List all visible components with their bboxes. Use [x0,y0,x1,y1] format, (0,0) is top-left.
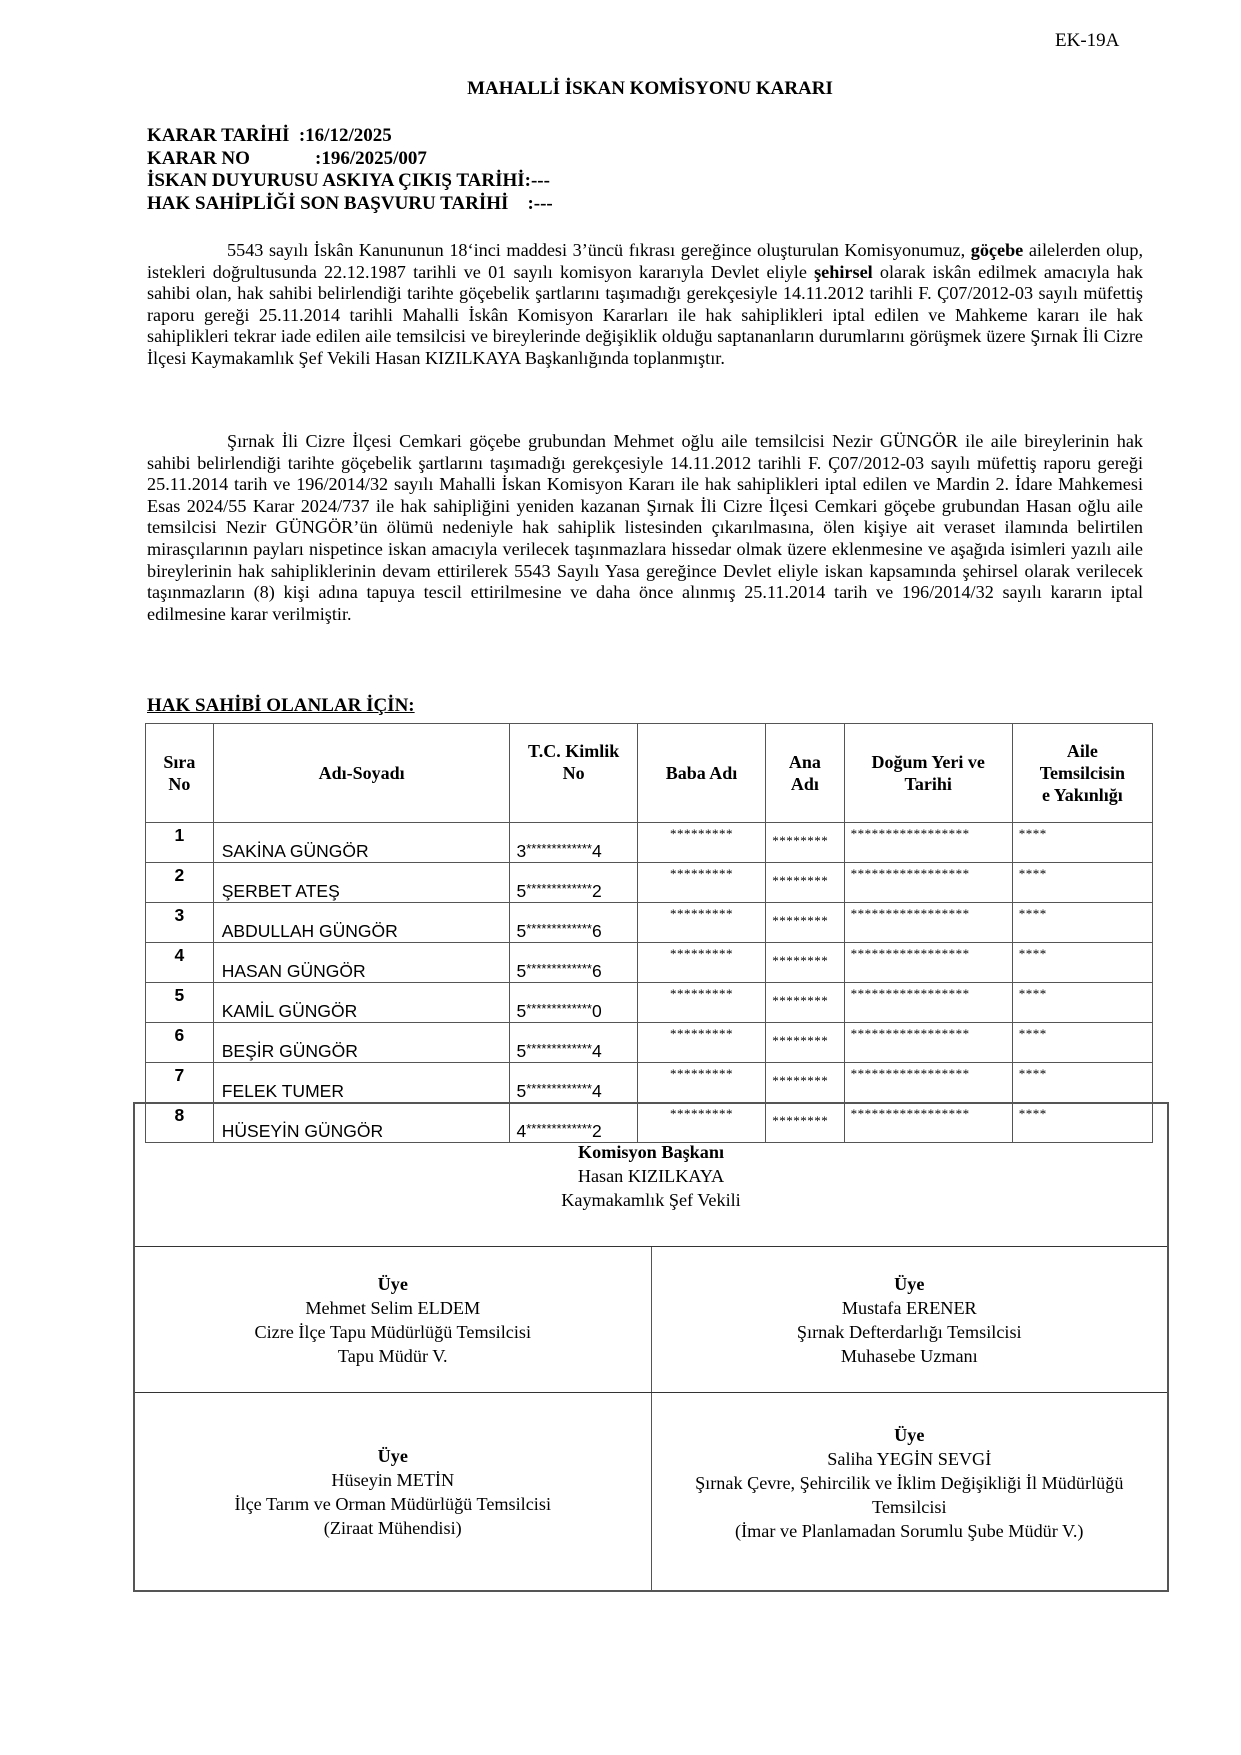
row-birth: ***************** [844,863,1012,903]
row-father: ********* [637,823,766,863]
row-relation: **** [1012,903,1152,943]
row-no: 7 [146,1063,214,1103]
beneficiaries-heading: HAK SAHİBİ OLANLAR İÇİN: [147,695,415,717]
row-no: 2 [146,863,214,903]
table-row: 2 ŞERBET ATEŞ 5*************2 ********* … [146,863,1153,903]
paragraph-1-bold-sehirsel: şehirsel [814,262,873,282]
row-mother: ******** [766,943,844,983]
row-name: ABDULLAH GÜNGÖR [213,903,510,943]
row-tc-no: 5*************4 [510,1023,637,1063]
signature-member-2: Üye Mustafa ERENER Şırnak Defterdarlığı … [651,1247,1168,1392]
row-father: ********* [637,1023,766,1063]
row-birth: ***************** [844,903,1012,943]
chair-title: Kaymakamlık Şef Vekili [561,1188,741,1212]
row-mother: ******** [766,983,844,1023]
row-mother: ******** [766,823,844,863]
paragraph-1-text-a: 5543 sayılı İskân Kanununun 18‘inci madd… [227,240,971,260]
paragraph-2-text: Şırnak İli Cizre İlçesi Cemkari göçebe g… [147,431,1143,625]
signature-box: Komisyon Başkanı Hasan KIZILKAYA Kaymaka… [133,1102,1169,1592]
col-header-no: SıraNo [146,724,214,823]
member-name: Mehmet Selim ELDEM [305,1296,480,1320]
member-role: Üye [894,1423,924,1447]
row-no: 5 [146,983,214,1023]
col-header-birth: Doğum Yeri veTarihi [844,724,1012,823]
row-mother: ******** [766,863,844,903]
row-relation: **** [1012,863,1152,903]
decision-no-row: KARAR NO:196/2025/007 [147,148,553,171]
row-relation: **** [1012,1023,1152,1063]
row-birth: ***************** [844,943,1012,983]
decision-date-label: KARAR TARİHİ [147,125,289,148]
document-title: MAHALLİ İSKAN KOMİSYONU KARARI [0,78,1241,100]
announcement-value: :--- [525,170,550,191]
col-header-father: Baba Adı [637,724,766,823]
member-title: Temsilcisi [872,1495,947,1519]
signature-member-4: Üye Saliha YEGİN SEVGİ Şırnak Çevre, Şeh… [651,1393,1168,1590]
row-mother: ******** [766,1063,844,1103]
row-relation: **** [1012,1063,1152,1103]
member-title: Şırnak Defterdarlığı Temsilcisi [797,1320,1022,1344]
member-title: Cizre İlçe Tapu Müdürlüğü Temsilcisi [254,1320,531,1344]
row-name: SAKİNA GÜNGÖR [213,823,510,863]
last-application-label: HAK SAHİPLİĞİ SON BAŞVURU TARİHİ [147,193,508,214]
row-tc-no: 5*************2 [510,863,637,903]
last-application-row: HAK SAHİPLİĞİ SON BAŞVURU TARİHİ :--- [147,193,553,216]
table-row: 3 ABDULLAH GÜNGÖR 5*************6 ******… [146,903,1153,943]
member-name: Saliha YEGİN SEVGİ [827,1447,991,1471]
row-father: ********* [637,863,766,903]
row-name: ŞERBET ATEŞ [213,863,510,903]
member-role: Üye [378,1444,408,1468]
decision-date-row: KARAR TARİHİ :16/12/2025 [147,125,553,148]
signature-row-1: Üye Mehmet Selim ELDEM Cizre İlçe Tapu M… [135,1246,1167,1392]
member-role: Üye [894,1272,924,1296]
row-no: 1 [146,823,214,863]
member-name: Mustafa ERENER [842,1296,977,1320]
announcement-label: İSKAN DUYURUSU ASKIYA ÇIKIŞ TARİHİ [147,170,525,191]
signature-member-1: Üye Mehmet Selim ELDEM Cizre İlçe Tapu M… [135,1247,651,1392]
signature-row-2: Üye Hüseyin METİN İlçe Tarım ve Orman Mü… [135,1392,1167,1590]
row-father: ********* [637,1063,766,1103]
member-title: İlçe Tarım ve Orman Müdürlüğü Temsilcisi [234,1492,551,1516]
row-name: HASAN GÜNGÖR [213,943,510,983]
row-mother: ******** [766,1023,844,1063]
member-title: Şırnak Çevre, Şehircilik ve İklim Değişi… [695,1471,1123,1495]
col-header-mother: AnaAdı [766,724,844,823]
decision-no-label: KARAR NO [147,148,315,171]
row-tc-no: 5*************0 [510,983,637,1023]
member-name: Hüseyin METİN [331,1468,454,1492]
last-application-value: :--- [527,193,552,214]
paragraph-2: Şırnak İli Cizre İlçesi Cemkari göçebe g… [147,431,1143,625]
chair-name: Hasan KIZILKAYA [578,1164,724,1188]
row-birth: ***************** [844,983,1012,1023]
chair-role: Komisyon Başkanı [578,1140,724,1164]
table-row: 1 SAKİNA GÜNGÖR 3*************4 ********… [146,823,1153,863]
table-header-row: SıraNo Adı-Soyadı T.C. KimlikNo Baba Adı… [146,724,1153,823]
member-title: Muhasebe Uzmanı [841,1344,978,1368]
paragraph-1: 5543 sayılı İskân Kanununun 18‘inci madd… [147,240,1143,370]
table-row: 6 BEŞİR GÜNGÖR 5*************4 *********… [146,1023,1153,1063]
row-tc-no: 5*************4 [510,1063,637,1103]
row-no: 6 [146,1023,214,1063]
paragraph-1-bold-gocebe: göçebe [971,240,1024,260]
row-birth: ***************** [844,1063,1012,1103]
decision-meta: KARAR TARİHİ :16/12/2025 KARAR NO:196/20… [147,125,553,215]
table-row: 7 FELEK TUMER 5*************4 ********* … [146,1063,1153,1103]
row-tc-no: 5*************6 [510,943,637,983]
row-birth: ***************** [844,823,1012,863]
row-relation: **** [1012,823,1152,863]
row-tc-no: 5*************6 [510,903,637,943]
row-no: 4 [146,943,214,983]
signature-member-3: Üye Hüseyin METİN İlçe Tarım ve Orman Mü… [135,1393,651,1590]
announcement-row: İSKAN DUYURUSU ASKIYA ÇIKIŞ TARİHİ:--- [147,170,553,193]
row-birth: ***************** [844,1023,1012,1063]
row-tc-no: 3*************4 [510,823,637,863]
row-name: BEŞİR GÜNGÖR [213,1023,510,1063]
signature-chair: Komisyon Başkanı Hasan KIZILKAYA Kaymaka… [135,1104,1167,1246]
decision-date-value: :16/12/2025 [299,125,392,146]
member-title: (İmar ve Planlamadan Sorumlu Şube Müdür … [735,1519,1083,1543]
decision-no-value: :196/2025/007 [315,148,427,169]
row-mother: ******** [766,903,844,943]
row-relation: **** [1012,943,1152,983]
member-title: (Ziraat Mühendisi) [324,1516,462,1540]
row-name: FELEK TUMER [213,1063,510,1103]
annex-label: EK-19A [1055,30,1119,52]
table-row: 4 HASAN GÜNGÖR 5*************6 *********… [146,943,1153,983]
row-name: KAMİL GÜNGÖR [213,983,510,1023]
row-father: ********* [637,903,766,943]
col-header-tc: T.C. KimlikNo [510,724,637,823]
member-title: Tapu Müdür V. [338,1344,448,1368]
beneficiaries-table: SıraNo Adı-Soyadı T.C. KimlikNo Baba Adı… [145,723,1153,1143]
row-father: ********* [637,943,766,983]
col-header-relation: AileTemsilcisine Yakınlığı [1012,724,1152,823]
row-no: 3 [146,903,214,943]
row-father: ********* [637,983,766,1023]
table-row: 5 KAMİL GÜNGÖR 5*************0 *********… [146,983,1153,1023]
row-relation: **** [1012,983,1152,1023]
member-role: Üye [378,1272,408,1296]
col-header-name: Adı-Soyadı [213,724,510,823]
